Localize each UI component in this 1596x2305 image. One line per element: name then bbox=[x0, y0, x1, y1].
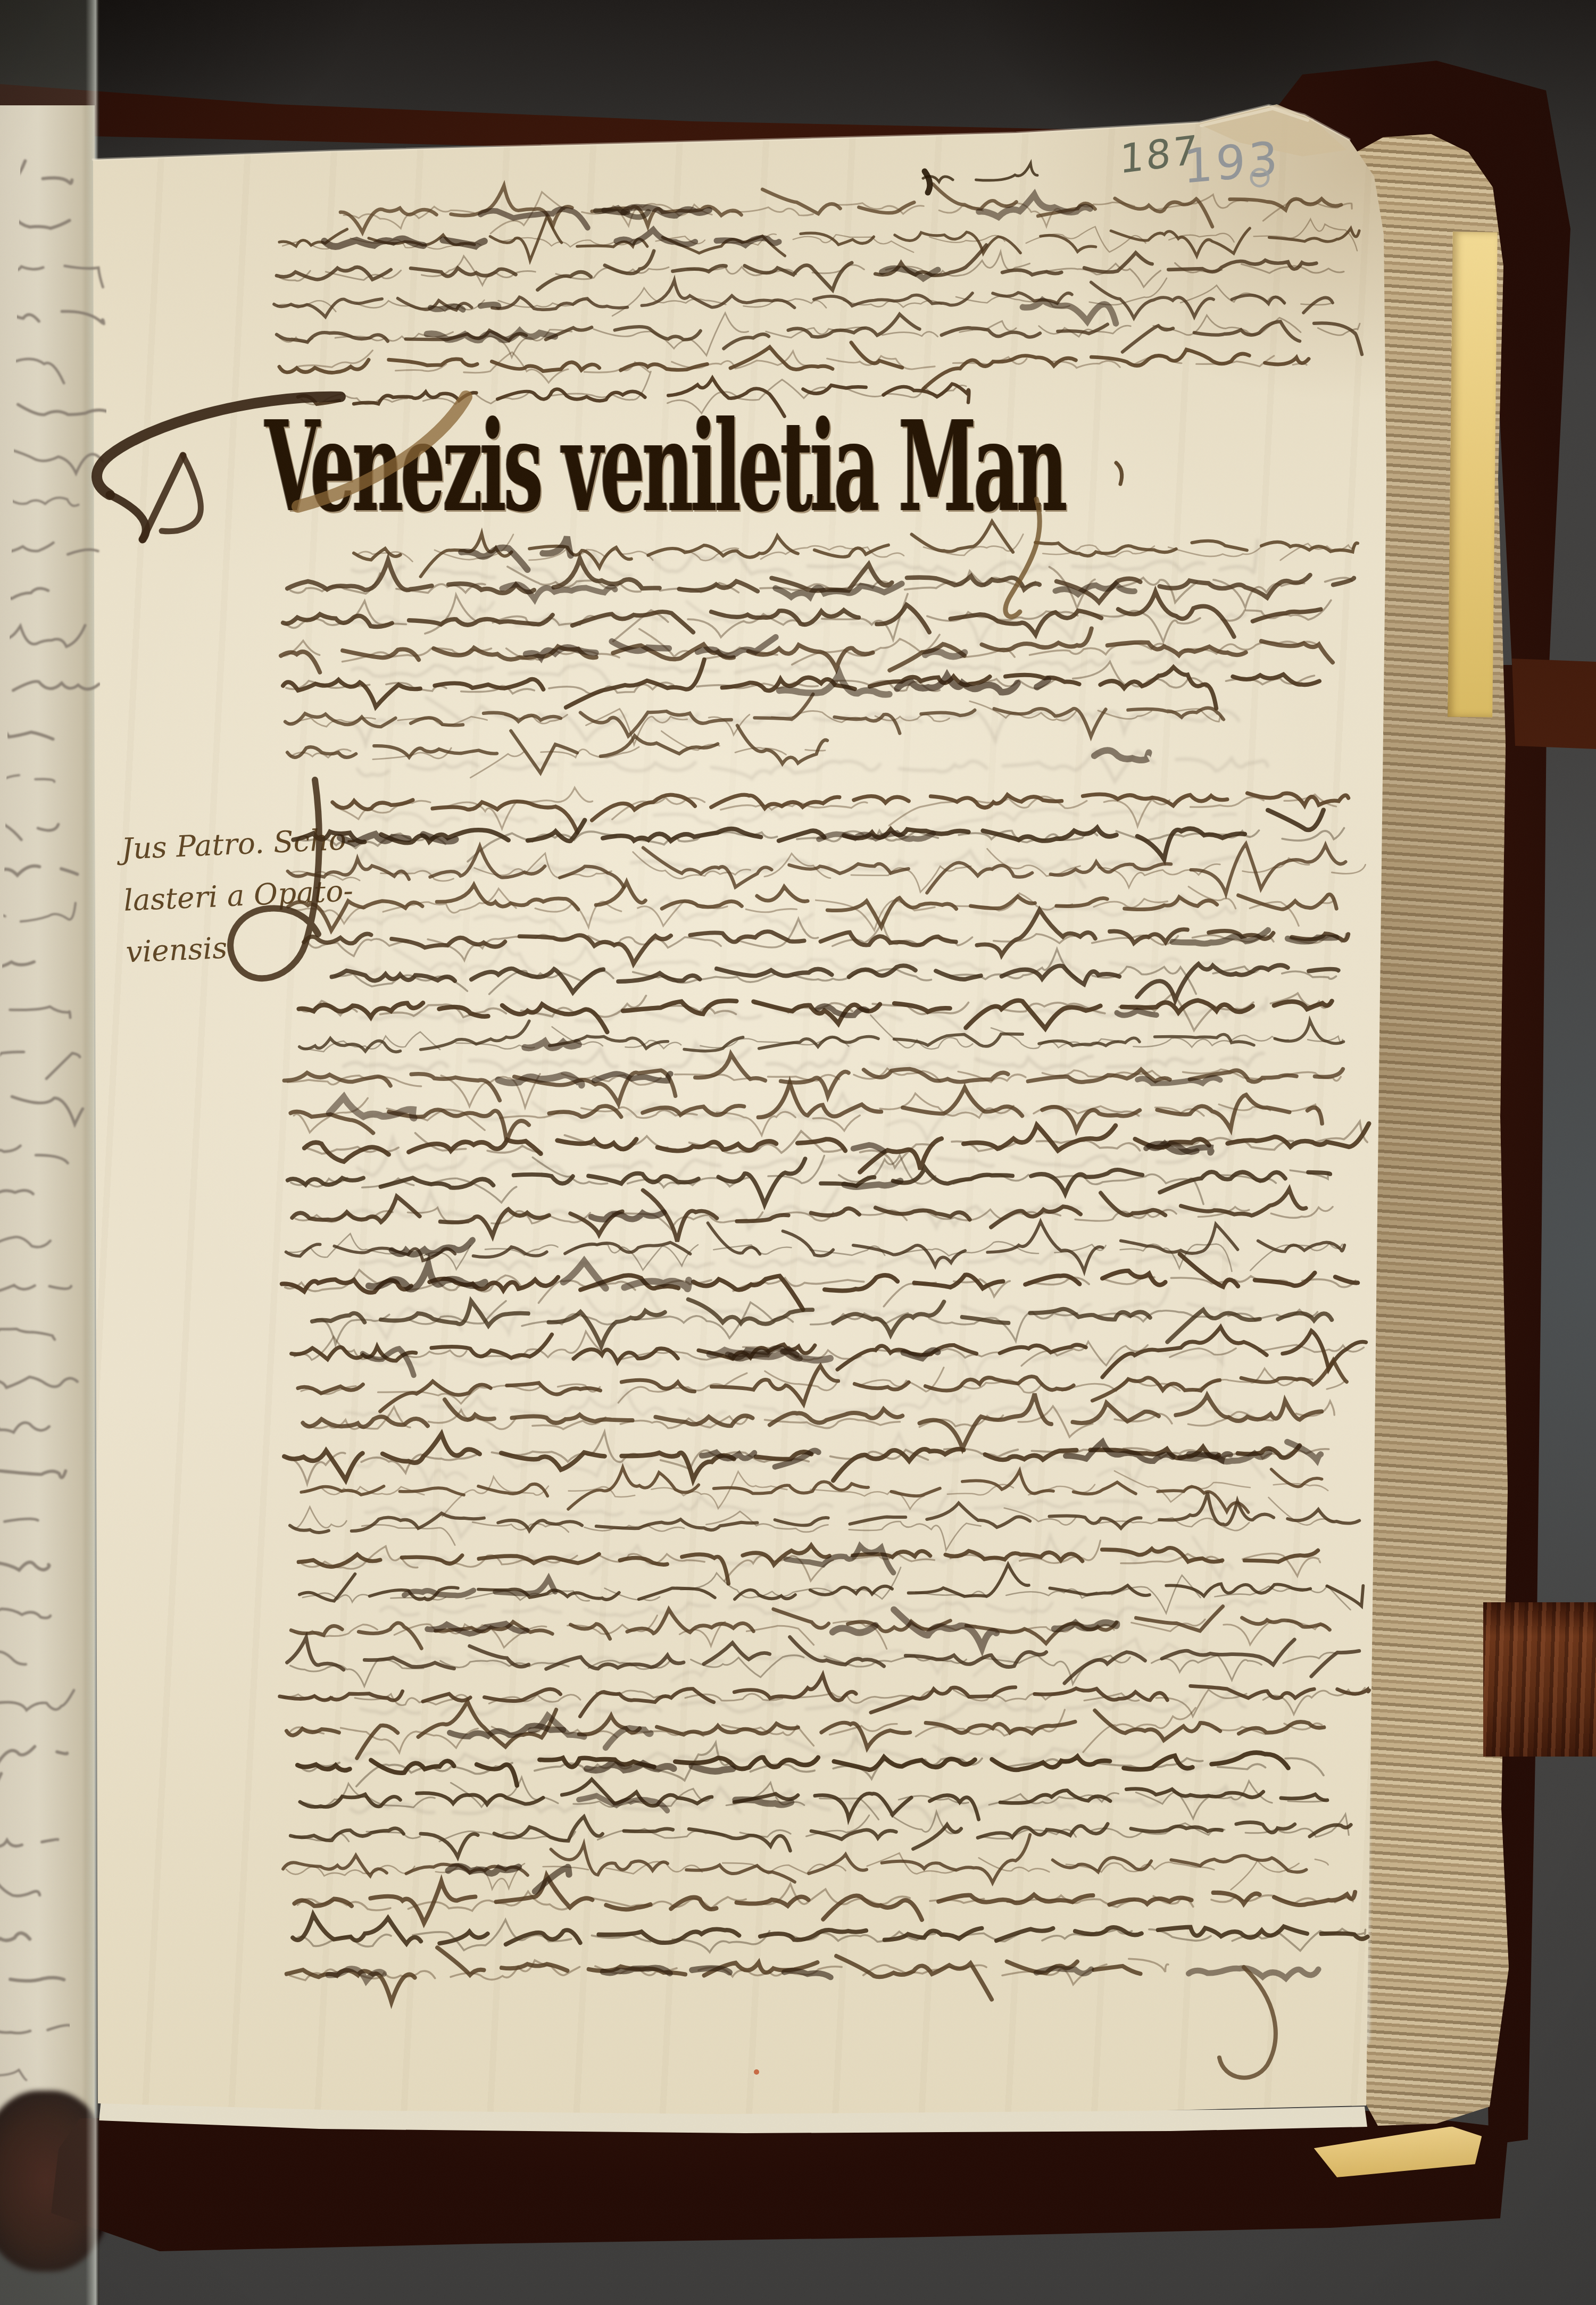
marginal-note-line: Jus Patro. Scho- bbox=[120, 813, 357, 875]
photo-stage: Venezis veniletia Man 187 193 Jus Patro.… bbox=[0, 0, 1596, 2305]
marginal-note-line: lasteri a Opato- bbox=[122, 865, 359, 927]
marginal-note: Jus Patro. Scho- lasteri a Opato- viensi… bbox=[120, 813, 362, 978]
folio-number-new: 193 bbox=[1183, 131, 1281, 194]
marginal-note-line: viensis bbox=[124, 917, 361, 978]
leather-strap-lower bbox=[1483, 1602, 1596, 1757]
endpaper-strip bbox=[1448, 232, 1498, 718]
glass-strip bbox=[0, 0, 99, 2305]
manuscript-page bbox=[0, 0, 1596, 2305]
page-heading: Venezis veniletia Man bbox=[265, 394, 1065, 540]
